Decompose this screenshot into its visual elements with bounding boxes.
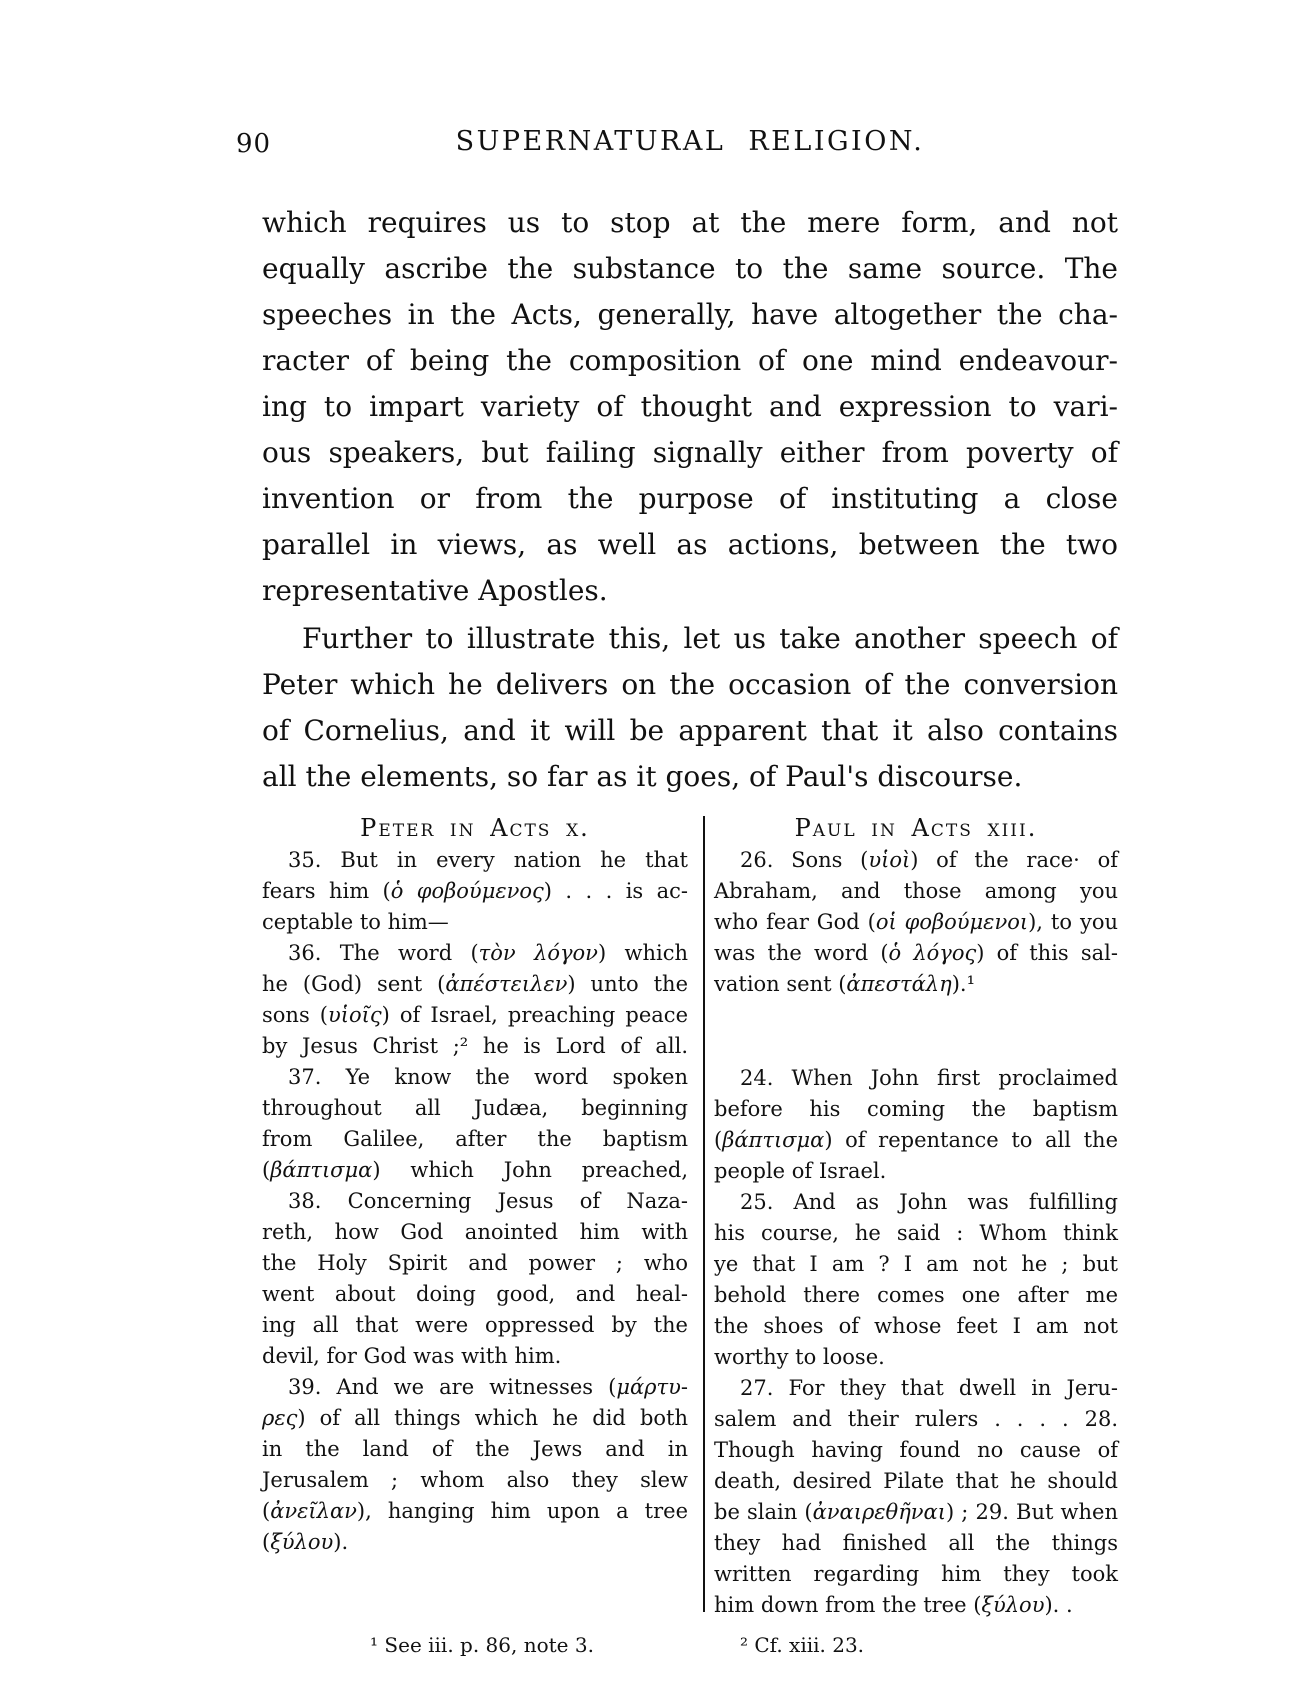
text-line: 39. And we are witnesses (μάρτυ-	[262, 1372, 688, 1403]
text-line: (βάπτισμα) which John preached,	[262, 1155, 688, 1186]
paragraph-1: which requires us to stop at the mere fo…	[262, 200, 1118, 614]
column-paul-lines: 26. Sons (υἱοὶ) of the race· of Abraham,…	[714, 845, 1118, 1621]
text-line: worthy to loose.	[714, 1342, 1118, 1373]
text-line: 38. Concerning Jesus of Naza-	[262, 1186, 688, 1217]
text-line: Though having found no cause of	[714, 1435, 1118, 1466]
text-line: all the elements, so far as it goes, of …	[262, 754, 1118, 800]
text-line: written regarding him they took	[714, 1559, 1118, 1590]
text-line: behold there comes one after me	[714, 1280, 1118, 1311]
column-peter: Peter in Acts x. 35. But in every nation…	[262, 812, 688, 1558]
text-line: Peter which he delivers on the occasion …	[262, 662, 1118, 708]
text-line: ρες) of all things which he did both	[262, 1403, 688, 1434]
text-line: 25. And as John was fulfilling	[714, 1187, 1118, 1218]
text-line: 26. Sons (υἱοὶ) of the race· of	[714, 845, 1118, 876]
text-line: by Jesus Christ ;² he is Lord of all.	[262, 1031, 688, 1062]
text-line: ing to impart variety of thought and exp…	[262, 384, 1118, 430]
text-line: invention or from the purpose of institu…	[262, 476, 1118, 522]
text-line: Further to illustrate this, let us take …	[262, 616, 1118, 662]
column-paul: Paul in Acts xiii. 26. Sons (υἱοὶ) of th…	[714, 812, 1118, 1621]
text-line: (βάπτισμα) of repentance to all the	[714, 1125, 1118, 1156]
text-line: Jerusalem ; whom also they slew	[262, 1465, 688, 1496]
footnote-2: ² Cf. xiii. 23.	[622, 1630, 982, 1660]
text-line: ceptable to him—	[262, 907, 688, 938]
book-page: 90 SUPERNATURAL RELIGION. which requires…	[0, 0, 1292, 1700]
text-line: he (God) sent (ἀπέστειλεν) unto the	[262, 969, 688, 1000]
text-line: be slain (ἀναιρεθῆναι) ; 29. But when	[714, 1497, 1118, 1528]
text-line: people of Israel.	[714, 1156, 1118, 1187]
column-divider-rule	[703, 816, 705, 1612]
column-peter-lines: 35. But in every nation he that fears hi…	[262, 845, 688, 1558]
text-line: in the land of the Jews and in	[262, 1434, 688, 1465]
text-line: fears him (ὁ φοβούμενος) . . . is ac-	[262, 876, 688, 907]
page-number: 90	[236, 129, 271, 159]
text-line: 37. Ye know the word spoken	[262, 1062, 688, 1093]
text-line: devil, for God was with him.	[262, 1341, 688, 1372]
text-line: the shoes of whose feet I am not	[714, 1311, 1118, 1342]
text-line: death, desired Pilate that he should	[714, 1466, 1118, 1497]
text-line: him down from the tree (ξύλου). .	[714, 1590, 1118, 1621]
text-line: throughout all Judæa, beginning	[262, 1093, 688, 1124]
text-line: who fear God (οἱ φοβούμενοι), to you	[714, 907, 1118, 938]
text-line: ous speakers, but failing signally eithe…	[262, 430, 1118, 476]
text-line: speeches in the Acts, generally, have al…	[262, 292, 1118, 338]
paragraph-2: Further to illustrate this, let us take …	[262, 616, 1118, 800]
text-line: the Holy Spirit and power ; who	[262, 1248, 688, 1279]
text-line: ing all that were oppressed by the	[262, 1310, 688, 1341]
text-line: sons (υἱοῖς) of Israel, preaching peace	[262, 1000, 688, 1031]
text-line: which requires us to stop at the mere fo…	[262, 200, 1118, 246]
column-paul-heading: Paul in Acts xiii.	[714, 812, 1118, 845]
text-line: they had finished all the things	[714, 1528, 1118, 1559]
text-line: reth, how God anointed him with	[262, 1217, 688, 1248]
text-line: (ξύλου).	[262, 1527, 688, 1558]
text-line: salem and their rulers . . . . 28.	[714, 1404, 1118, 1435]
text-line: racter of being the composition of one m…	[262, 338, 1118, 384]
text-line: of Cornelius, and it will be apparent th…	[262, 708, 1118, 754]
text-line: (ἀνεῖλαν), hanging him upon a tree	[262, 1496, 688, 1527]
text-line: 24. When John first proclaimed	[714, 1063, 1118, 1094]
text-line: 27. For they that dwell in Jeru-	[714, 1373, 1118, 1404]
text-line: parallel in views, as well as actions, b…	[262, 522, 1118, 568]
text-line: representative Apostles.	[262, 568, 1118, 614]
text-line: 36. The word (τὸν λόγον) which	[262, 938, 688, 969]
text-line: ye that I am ? I am not he ; but	[714, 1249, 1118, 1280]
text-line: vation sent (ἀπεστάλη).¹	[714, 969, 1118, 1000]
text-line: his course, he said : Whom think	[714, 1218, 1118, 1249]
comparison-section: Peter in Acts x. 35. But in every nation…	[262, 812, 1118, 1624]
text-line: before his coming the baptism	[714, 1094, 1118, 1125]
text-line: 35. But in every nation he that	[262, 845, 688, 876]
running-head: 90 SUPERNATURAL RELIGION.	[262, 126, 1118, 162]
text-line: was the word (ὁ λόγος) of this sal-	[714, 938, 1118, 969]
text-line: equally ascribe the substance to the sam…	[262, 246, 1118, 292]
text-line: went about doing good, and heal-	[262, 1279, 688, 1310]
running-title: SUPERNATURAL RELIGION.	[262, 126, 1118, 157]
text-line: from Galilee, after the baptism	[262, 1124, 688, 1155]
text-line: Abraham, and those among you	[714, 876, 1118, 907]
column-peter-heading: Peter in Acts x.	[262, 812, 688, 845]
